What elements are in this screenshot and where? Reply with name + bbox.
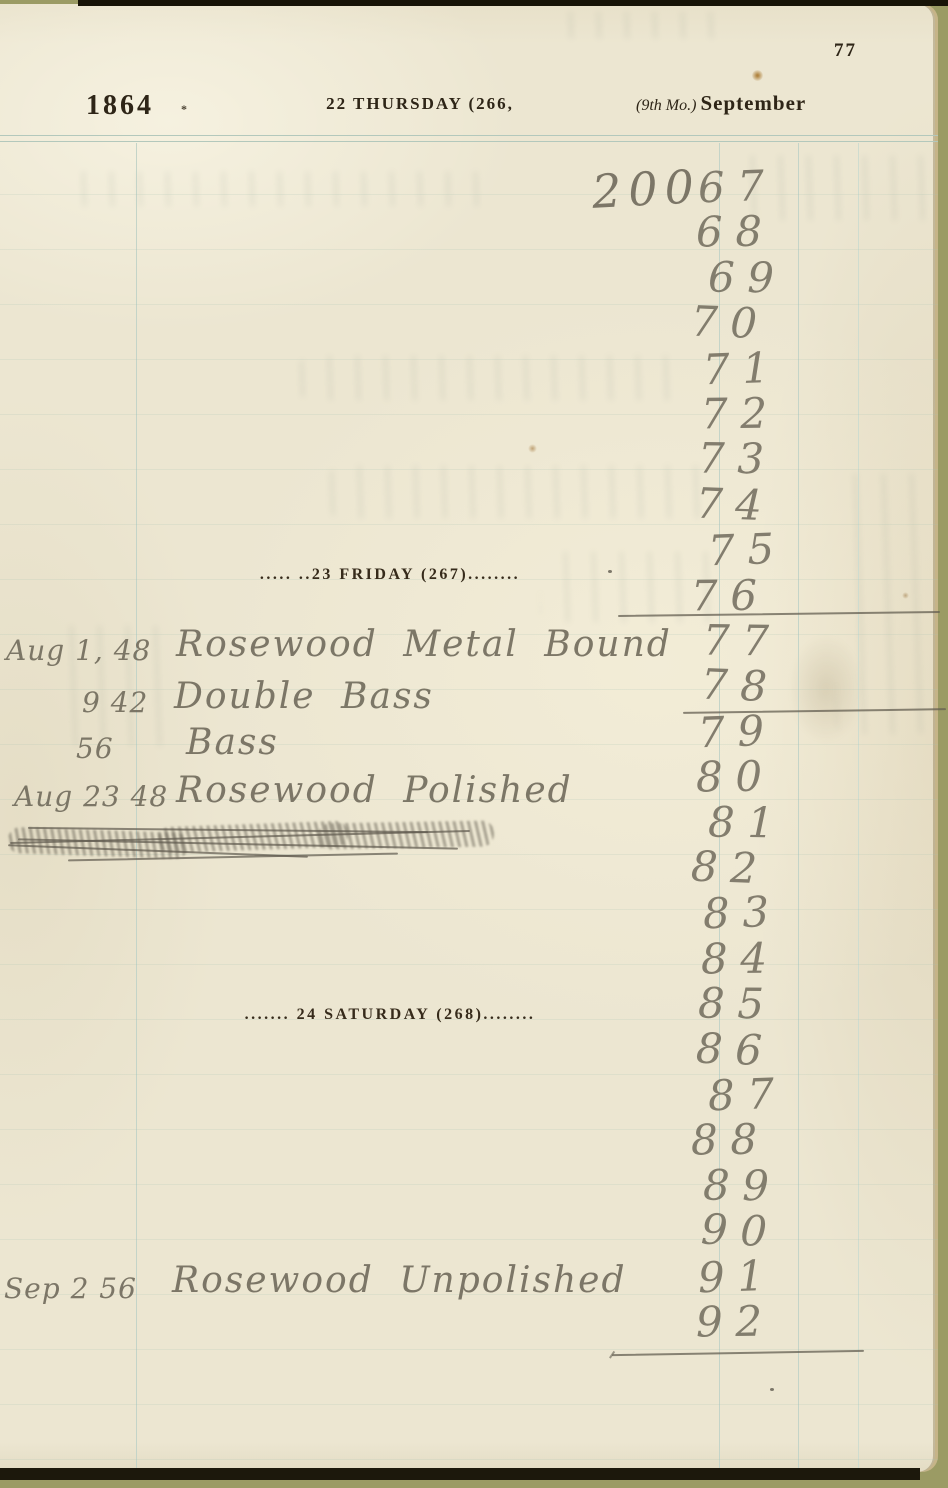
age-stain bbox=[752, 70, 763, 81]
ledger-number: 69 bbox=[708, 254, 787, 300]
month-heading: (9th Mo.) September bbox=[636, 91, 806, 116]
scan-top-edge bbox=[78, 0, 948, 6]
entry-description: Rosewood Metal Bound bbox=[176, 624, 672, 665]
year-label: 1864 bbox=[86, 90, 154, 122]
pencil-dot bbox=[770, 1388, 774, 1391]
friday-heading: ..... ..23 FRIDAY (267)........ bbox=[140, 566, 640, 584]
ledger-number: 77 bbox=[703, 618, 782, 664]
entry-date: 9 42 bbox=[82, 686, 148, 719]
thursday-heading: 22 THURSDAY (266, bbox=[260, 94, 580, 114]
ledger-number: 81 bbox=[708, 799, 787, 845]
ledger-number: 87 bbox=[707, 1071, 787, 1119]
entry-date: Aug 23 48 bbox=[14, 780, 168, 813]
diary-page: 77 1864 * 22 THURSDAY (266, (9th Mo.) Se… bbox=[0, 4, 938, 1472]
entry-description: Double Bass bbox=[174, 676, 434, 717]
entry-date: Aug 1, 48 bbox=[6, 634, 151, 667]
saturday-heading: ....... 24 SATURDAY (268)........ bbox=[140, 1006, 640, 1024]
ledger-total: 200 bbox=[591, 159, 702, 219]
ledger-number: 67 bbox=[697, 163, 777, 211]
ledger-number: 73 bbox=[698, 436, 777, 482]
ledger-number: 85 bbox=[698, 981, 777, 1027]
ledger-number: 75 bbox=[707, 526, 787, 574]
ledger-number: 80 bbox=[696, 754, 775, 800]
ledger-number: 76 bbox=[691, 572, 770, 618]
entry-date: 56 bbox=[76, 732, 114, 765]
ledger-number: 68 bbox=[696, 209, 775, 255]
ledger-number: 92 bbox=[696, 1299, 775, 1345]
ledger-number: 83 bbox=[702, 889, 782, 937]
ledger-number: 72 bbox=[701, 391, 780, 437]
entry-description: Rosewood Unpolished bbox=[172, 1260, 627, 1301]
struck-out-entry bbox=[8, 816, 494, 868]
ledger-number: 74 bbox=[695, 480, 775, 528]
ledger-number: 91 bbox=[697, 1252, 777, 1300]
bleedthrough-ghost bbox=[560, 12, 725, 38]
number-column: 6768697071727374757677787980818283848586… bbox=[694, 164, 804, 1364]
header-double-rule bbox=[0, 135, 938, 142]
year-mark: * bbox=[181, 102, 187, 117]
ledger-number: 78 bbox=[700, 662, 780, 710]
ledger-number: 71 bbox=[702, 344, 782, 392]
entry-description: Rosewood Polished bbox=[176, 770, 573, 811]
month-prefix: (9th Mo.) bbox=[636, 97, 696, 114]
scan-bottom-edge bbox=[0, 1468, 920, 1480]
ledger-number: 88 bbox=[691, 1117, 770, 1163]
ledger-number: 79 bbox=[697, 707, 777, 755]
ledger-number: 89 bbox=[703, 1162, 782, 1208]
pencil-dot bbox=[608, 570, 612, 573]
ledger-number: 84 bbox=[701, 935, 780, 981]
page-number: 77 bbox=[834, 40, 857, 62]
ledger-number: 90 bbox=[700, 1207, 780, 1255]
ledger-number: 82 bbox=[690, 844, 770, 892]
month-label: September bbox=[700, 91, 806, 115]
ledger-number: 86 bbox=[695, 1025, 775, 1073]
entry-date: Sep 2 56 bbox=[4, 1272, 137, 1305]
entry-description: Bass bbox=[186, 722, 279, 763]
ledger-number: 70 bbox=[690, 299, 770, 347]
